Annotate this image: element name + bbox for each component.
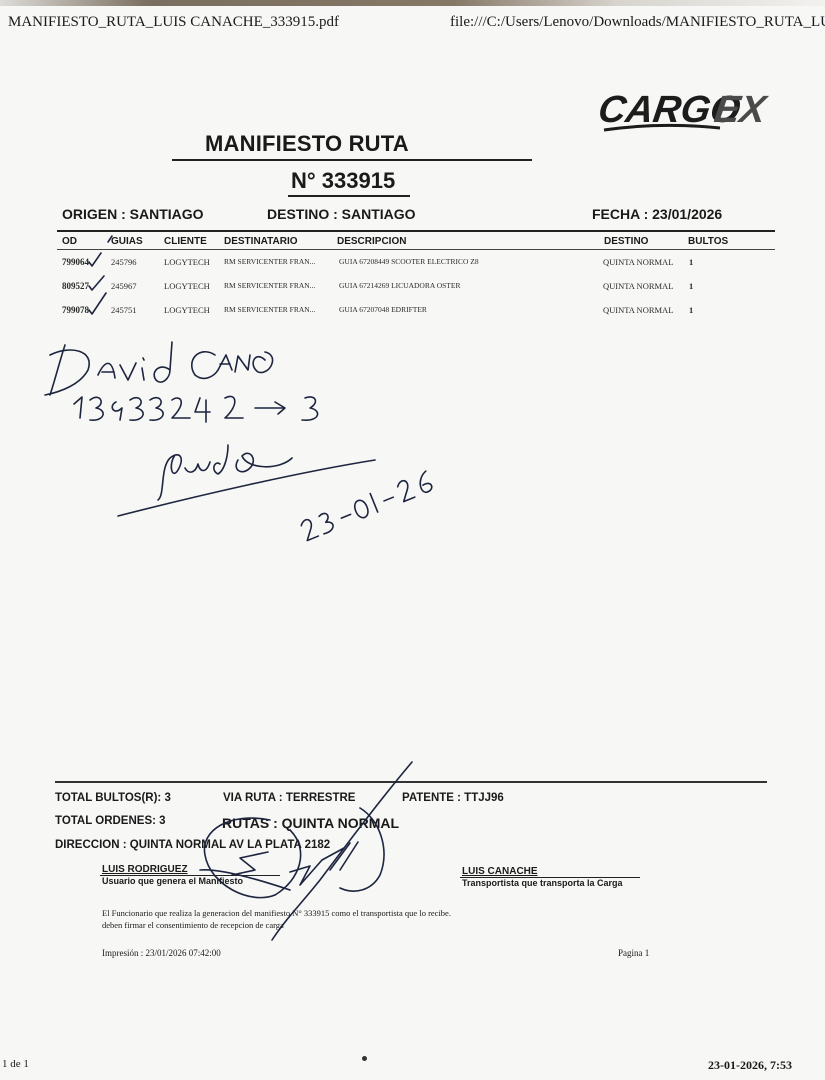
cargoex-logo: CARGO EX bbox=[600, 86, 775, 136]
col-descripcion: DESCRIPCION bbox=[337, 236, 406, 247]
checkmark-icon bbox=[89, 276, 104, 290]
row-bultos: 1 bbox=[689, 305, 693, 315]
generator-role: Usuario que genera el Manifiesto bbox=[102, 876, 243, 886]
row-destinatario: RM SERVICENTER FRAN... bbox=[224, 281, 315, 290]
row-destino: QUINTA NORMAL bbox=[603, 257, 673, 267]
note-line-1: El Funcionario que realiza la generacion… bbox=[102, 907, 451, 919]
row-cliente: LOGYTECH bbox=[164, 305, 210, 315]
row-destino: QUINTA NORMAL bbox=[603, 305, 673, 315]
scan-edge bbox=[0, 0, 825, 6]
origin-field: ORIGEN : SANTIAGO bbox=[62, 206, 204, 222]
print-file-url: file:///C:/Users/Lenovo/Downloads/MANIFI… bbox=[450, 14, 825, 31]
patente: PATENTE : TTJJ96 bbox=[402, 792, 504, 804]
row-bultos: 1 bbox=[689, 281, 693, 291]
print-file-title: MANIFIESTO_RUTA_LUIS CANACHE_333915.pdf bbox=[8, 14, 339, 31]
col-guias: GUIAS bbox=[111, 236, 143, 247]
row-cliente: LOGYTECH bbox=[164, 257, 210, 267]
document-title: MANIFIESTO RUTA bbox=[205, 131, 409, 157]
number-underline bbox=[288, 195, 410, 197]
date-field: FECHA : 23/01/2026 bbox=[592, 206, 722, 222]
total-ordenes: TOTAL ORDENES: 3 bbox=[55, 815, 166, 827]
total-bultos: TOTAL BULTOS(R): 3 bbox=[55, 792, 171, 804]
manifest-number: N° 333915 bbox=[291, 168, 395, 194]
checkmark-icon bbox=[89, 253, 101, 266]
page-label: Pagina 1 bbox=[618, 948, 649, 958]
row-od: 799064 bbox=[62, 257, 89, 267]
checkmark-icon bbox=[89, 293, 106, 314]
col-cliente: CLIENTE bbox=[164, 236, 207, 247]
row-guia: 245751 bbox=[111, 305, 137, 315]
row-od: 809527 bbox=[62, 281, 89, 291]
direccion: DIRECCION : QUINTA NORMAL AV LA PLATA 21… bbox=[55, 839, 330, 851]
row-guia: 245967 bbox=[111, 281, 137, 291]
row-guia: 245796 bbox=[111, 257, 137, 267]
via-ruta: VIA RUTA : TERRESTRE bbox=[223, 792, 355, 804]
row-destino: QUINTA NORMAL bbox=[603, 281, 673, 291]
scan-dot bbox=[362, 1056, 367, 1061]
note-line-2: deben firmar el consentimiento de recepc… bbox=[102, 919, 284, 931]
col-destino: DESTINO bbox=[604, 236, 648, 247]
print-page-count: 1 de 1 bbox=[2, 1058, 29, 1070]
generator-name: LUIS RODRIGUEZ bbox=[102, 864, 188, 875]
logo-ex-text: EX bbox=[712, 88, 771, 131]
destination-field: DESTINO : SANTIAGO bbox=[267, 206, 416, 222]
summary-top-rule bbox=[55, 781, 767, 783]
row-descripcion: GUIA 67214269 LICUADORA OSTER bbox=[339, 281, 460, 290]
print-timestamp: Impresión : 23/01/2026 07:42:00 bbox=[102, 948, 221, 958]
row-bultos: 1 bbox=[689, 257, 693, 267]
title-divider bbox=[172, 159, 532, 161]
row-descripcion: GUIA 67208449 SCOOTER ELECTRICO Z8 bbox=[339, 257, 479, 266]
row-destinatario: RM SERVICENTER FRAN... bbox=[224, 257, 315, 266]
col-od: OD bbox=[62, 236, 77, 247]
carrier-role: Transportista que transporta la Carga bbox=[462, 878, 623, 888]
table-top-rule bbox=[57, 230, 775, 232]
row-cliente: LOGYTECH bbox=[164, 281, 210, 291]
col-destinatario: DESTINATARIO bbox=[224, 236, 298, 247]
row-od: 799078 bbox=[62, 305, 89, 315]
carrier-name: LUIS CANACHE bbox=[462, 866, 538, 877]
row-descripcion: GUIA 67207048 EDRIFTER bbox=[339, 305, 427, 314]
col-bultos: BULTOS bbox=[688, 236, 728, 247]
print-datetime: 23-01-2026, 7:53 bbox=[708, 1058, 792, 1073]
rutas: RUTAS : QUINTA NORMAL bbox=[222, 815, 399, 831]
table-header-rule bbox=[57, 249, 775, 250]
row-destinatario: RM SERVICENTER FRAN... bbox=[224, 305, 315, 314]
